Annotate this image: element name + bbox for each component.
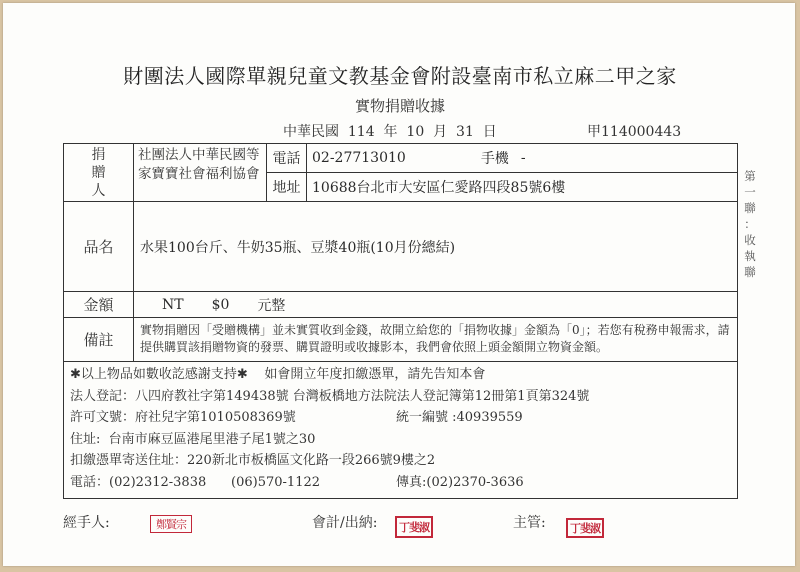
donor-contact: 電話 02-27713010 手機 - 地址 10688台北市大安區仁愛路四段8… [267,144,737,201]
phone-value: 02-27713010 手機 - [307,144,526,172]
accountant-stamp: 丁斐淑 [395,516,433,538]
supervisor-label: 主管: [513,512,546,532]
registration-info: 法人登記：八四府教社字第149438號 台灣板橋地方法院法人登記簿第12冊第1頁… [70,386,589,408]
donor-label-char: 人 [92,182,106,200]
supervisor-stamp: 丁斐淑 [566,518,604,538]
serial-number: 甲114000443 [587,121,681,141]
address-value: 10688台北市大安區仁愛路四段85號6樓 [307,173,565,201]
amount-row: 金額 NT $0 元整 [64,292,737,318]
receipt-subtitle: 實物捐贈收據 [0,95,800,116]
amount-suffix: 元整 [257,295,285,315]
copy-label-char: 聯 [742,200,758,216]
copy-label: 第 一 聯 ： 收 執 聯 [742,168,758,280]
accountant-label: 會計/出納: [312,512,377,532]
remarks-value: 實物捐贈因「受贈機構」並未實質收到金錢，故開立給您的「捐物收據」金額為「0」；若… [134,318,737,361]
copy-label-char: 執 [742,248,758,264]
item-value: 水果100台斤、牛奶35瓶、豆漿40瓶(10月份總結) [134,202,737,291]
amount-number: $0 [212,297,230,313]
info-row: ✱以上物品如數收訖感謝支持✱ 如會開立年度扣繳憑單，請先告知本會 法人登記：八四… [64,362,737,498]
item-row: 品名 水果100台斤、牛奶35瓶、豆漿40瓶(10月份總結) [64,202,737,292]
mobile-label: 手機 [481,148,509,168]
phone-number: 02-27713010 [312,150,406,166]
phone-label: 電話 [267,144,307,172]
org-phone: 電話：(02)2312-3838 (06)570-1122 [70,475,320,490]
mail-address: 扣繳憑單寄送住址：220新北市板橋區文化路一段266號9樓之2 [70,450,589,472]
org-address: 住址: 台南市麻豆區港尾里港子尾1號之30 [70,429,589,451]
remarks-row: 備註 實物捐贈因「受贈機構」並未實質收到金錢，故開立給您的「捐物收據」金額為「0… [64,318,737,362]
copy-label-char: 一 [742,184,758,200]
issue-date: 中華民國 114 年 10 月 31 日 [283,121,497,141]
donor-label: 捐 贈 人 [64,144,134,201]
organization-info: ✱以上物品如數收訖感謝支持✱ 如會開立年度扣繳憑單，請先告知本會 法人登記：八四… [64,362,595,498]
permit-line: 許可文號：府社兒字第1010508369號統一編號 :40939559 [70,407,589,429]
amount-value: NT $0 元整 [134,292,737,317]
receipt-table: 捐 贈 人 社團法人中華民國等家寶寶社會福利協會 電話 02-27713010 … [63,143,738,499]
donor-row: 捐 贈 人 社團法人中華民國等家寶寶社會福利協會 電話 02-27713010 … [64,144,737,202]
handler-label: 經手人: [63,512,110,532]
donor-label-char: 贈 [92,164,106,182]
copy-label-char: 第 [742,168,758,184]
address-row: 地址 10688台北市大安區仁愛路四段85號6樓 [267,172,737,201]
copy-label-char: 收 [742,232,758,248]
amount-currency: NT [162,297,184,313]
mobile-value: - [521,150,526,166]
copy-label-char: 聯 [742,264,758,280]
thanks-note: ✱以上物品如數收訖感謝支持✱ 如會開立年度扣繳憑單，請先告知本會 [70,364,589,386]
address-label: 地址 [267,173,307,201]
copy-label-char: ： [742,216,758,232]
donor-label-char: 捐 [92,146,106,164]
handler-stamp: 鄭賢宗 [150,515,192,533]
organization-title: 財團法人國際單親兒童文教基金會附設臺南市私立麻二甲之家 [0,60,800,89]
donor-name: 社團法人中華民國等家寶寶社會福利協會 [134,144,267,201]
phone-row: 電話 02-27713010 手機 - [267,144,737,172]
tax-id: 統一編號 :40939559 [396,407,523,429]
item-label: 品名 [64,202,134,291]
amount-label: 金額 [64,292,134,317]
contact-line: 電話：(02)2312-3838 (06)570-1122傳真:(02)2370… [70,472,589,494]
org-fax: 傳真:(02)2370-3636 [396,472,524,494]
permit-number: 許可文號：府社兒字第1010508369號 [70,410,296,425]
remarks-label: 備註 [64,318,134,361]
